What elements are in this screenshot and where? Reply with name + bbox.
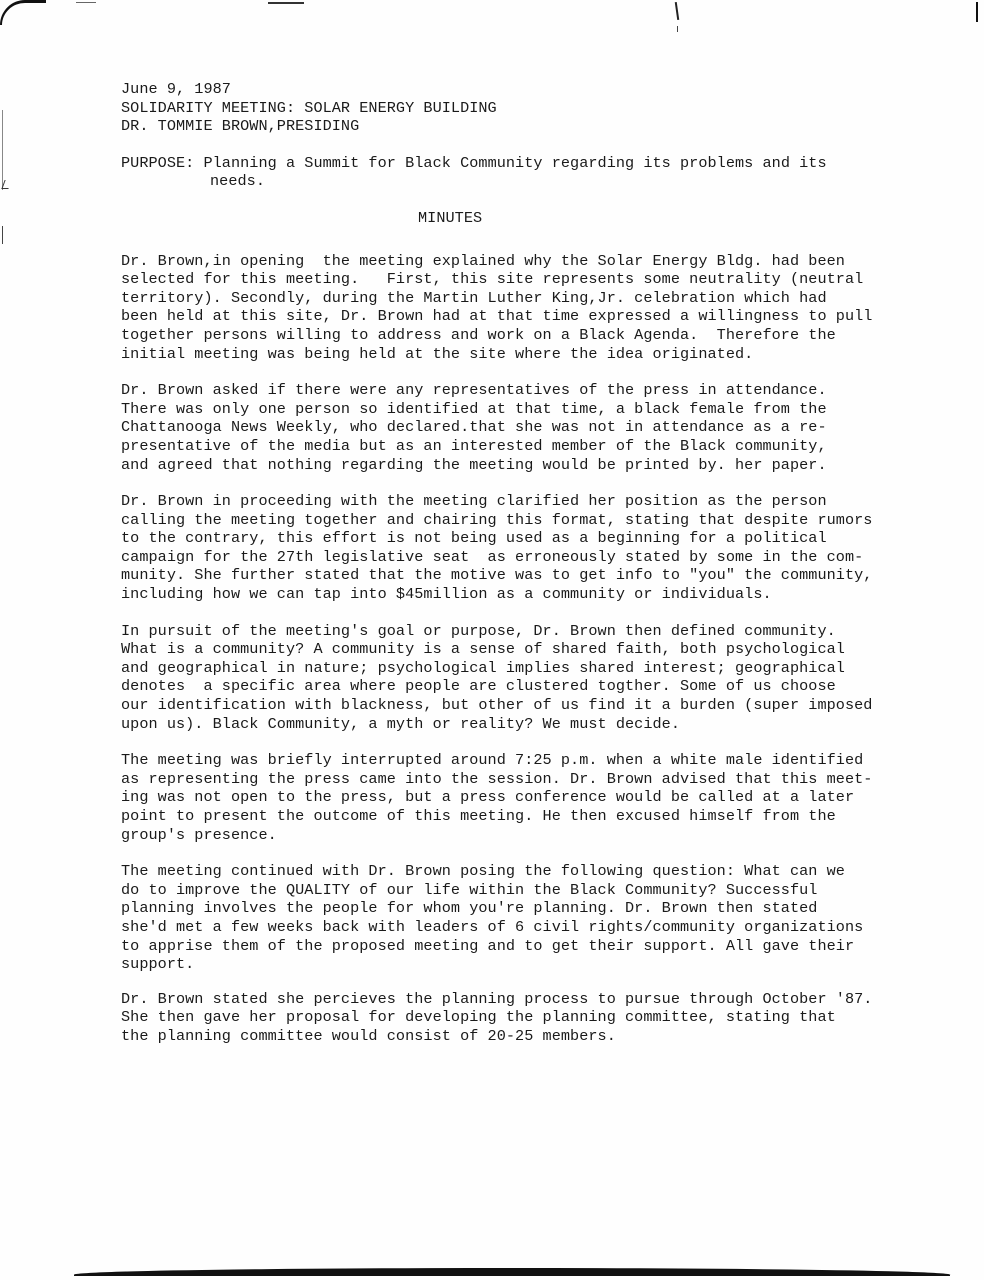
paragraph-line: presentative of the media but as an inte…: [121, 437, 941, 456]
paragraph-line: together persons willing to address and …: [121, 326, 941, 345]
paragraph-line: denotes a specific area where people are…: [121, 677, 941, 696]
paragraph-line: including how we can tap into $45million…: [121, 585, 941, 604]
scanned-page: June 9, 1987 SOLIDARITY MEETING: SOLAR E…: [0, 0, 984, 1280]
paragraph-line: to the contrary, this effort is not bein…: [121, 529, 941, 548]
paragraph-line: Chattanooga News Weekly, who declared.th…: [121, 418, 941, 437]
minutes-paragraph: In pursuit of the meeting's goal or purp…: [121, 622, 941, 734]
purpose-line-1: PURPOSE: Planning a Summit for Black Com…: [121, 154, 941, 173]
paragraph-line: munity. She further stated that the moti…: [121, 566, 941, 585]
minutes-paragraph: Dr. Brown,in opening the meeting explain…: [121, 252, 941, 364]
paragraph-line: and geographical in nature; psychologica…: [121, 659, 941, 678]
paragraph-line: our identification with blackness, but o…: [121, 696, 941, 715]
paragraph-line: selected for this meeting. First, this s…: [121, 270, 941, 289]
paragraph-line: support.: [121, 955, 941, 974]
paragraph-line: upon us). Black Community, a myth or rea…: [121, 715, 941, 734]
paragraph-line: In pursuit of the meeting's goal or purp…: [121, 622, 941, 641]
purpose-line-2: needs.: [121, 172, 941, 191]
scan-edge-artifact: [2, 110, 3, 190]
paragraph-line: campaign for the 27th legislative seat a…: [121, 548, 941, 567]
paragraph-line: and agreed that nothing regarding the me…: [121, 456, 941, 475]
paragraph-line: The meeting was briefly interrupted arou…: [121, 751, 941, 770]
paragraph-line: Dr. Brown stated she percieves the plann…: [121, 990, 941, 1009]
section-title: MINUTES: [121, 209, 941, 228]
minutes-paragraph: The meeting was briefly interrupted arou…: [121, 751, 941, 844]
scan-mark: [677, 26, 678, 32]
scan-mark: [268, 2, 304, 4]
paragraph-line: Dr. Brown asked if there were any repres…: [121, 381, 941, 400]
purpose-text: Planning a Summit for Black Community re…: [203, 154, 826, 172]
paragraph-line: the planning committee would consist of …: [121, 1027, 941, 1046]
presiding-officer: DR. TOMMIE BROWN,PRESIDING: [121, 117, 941, 136]
minutes-paragraph: The meeting continued with Dr. Brown pos…: [121, 862, 941, 974]
paragraph-line: The meeting continued with Dr. Brown pos…: [121, 862, 941, 881]
scan-mark: [1, 180, 11, 189]
purpose-statement: PURPOSE: Planning a Summit for Black Com…: [121, 154, 941, 191]
scan-edge-artifact: [976, 2, 978, 22]
paragraph-line: to apprise them of the proposed meeting …: [121, 937, 941, 956]
scan-mark: [675, 2, 679, 20]
scan-corner-artifact: [0, 0, 46, 25]
paragraph-line: been held at this site, Dr. Brown had at…: [121, 307, 941, 326]
minutes-paragraph: Dr. Brown stated she percieves the plann…: [121, 990, 941, 1046]
paragraph-line: territory). Secondly, during the Martin …: [121, 289, 941, 308]
meeting-title: SOLIDARITY MEETING: SOLAR ENERGY BUILDIN…: [121, 99, 941, 118]
paragraph-line: calling the meeting together and chairin…: [121, 511, 941, 530]
paragraph-line: initial meeting was being held at the si…: [121, 345, 941, 364]
paragraph-line: Dr. Brown,in opening the meeting explain…: [121, 252, 941, 271]
paragraph-line: She then gave her proposal for developin…: [121, 1008, 941, 1027]
scan-mark: [76, 2, 96, 3]
scan-bottom-edge: [74, 1268, 950, 1276]
paragraph-line: group's presence.: [121, 826, 941, 845]
paragraph-line: planning involves the people for whom yo…: [121, 899, 941, 918]
scan-edge-artifact: [2, 226, 3, 244]
paragraph-line: ing was not open to the press, but a pre…: [121, 788, 941, 807]
paragraph-line: do to improve the QUALITY of our life wi…: [121, 881, 941, 900]
paragraph-line: as representing the press came into the …: [121, 770, 941, 789]
purpose-label: PURPOSE:: [121, 154, 194, 172]
minutes-paragraph: Dr. Brown asked if there were any repres…: [121, 381, 941, 474]
paragraph-line: she'd met a few weeks back with leaders …: [121, 918, 941, 937]
minutes-paragraph: Dr. Brown in proceeding with the meeting…: [121, 492, 941, 604]
meeting-date: June 9, 1987: [121, 80, 941, 99]
minutes-body: Dr. Brown,in opening the meeting explain…: [121, 252, 941, 1046]
paragraph-line: point to present the outcome of this mee…: [121, 807, 941, 826]
paragraph-line: There was only one person so identified …: [121, 400, 941, 419]
paragraph-line: What is a community? A community is a se…: [121, 640, 941, 659]
typed-minutes-document: June 9, 1987 SOLIDARITY MEETING: SOLAR E…: [121, 80, 941, 1046]
document-header: June 9, 1987 SOLIDARITY MEETING: SOLAR E…: [121, 80, 941, 136]
paragraph-line: Dr. Brown in proceeding with the meeting…: [121, 492, 941, 511]
